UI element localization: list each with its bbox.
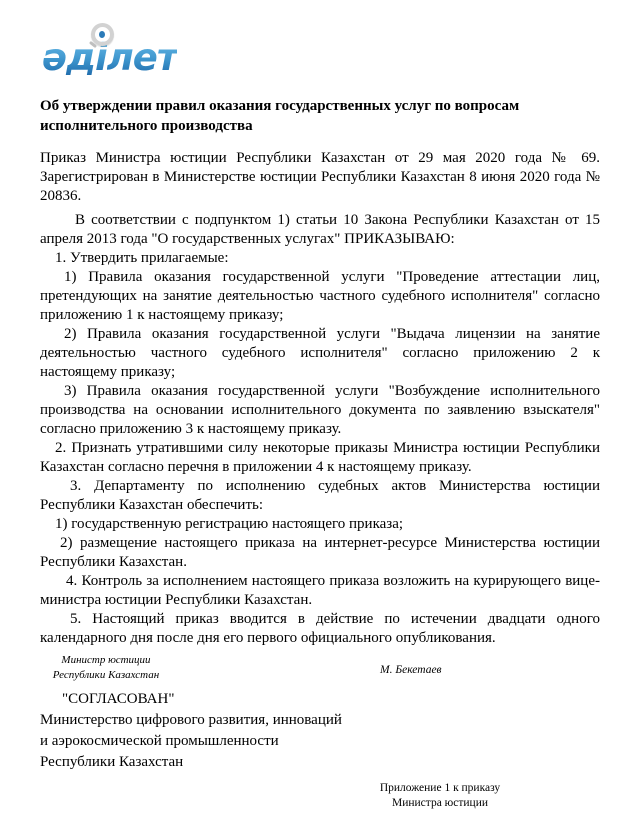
magnifier-icon (91, 23, 114, 46)
signature-block: Министр юстиции Республики Казахстан М. … (40, 653, 600, 687)
paragraph-point-5: 5. Настоящий приказ вводится в действие … (40, 610, 600, 648)
paragraph-preamble: В соответствии с подпунктом 1) статьи 10… (40, 211, 600, 249)
agreed-label: "СОГЛАСОВАН" (40, 689, 600, 710)
document-page: әділет Об утверждении правил оказания го… (0, 0, 640, 828)
paragraph-point-2: 2. Признать утратившими силу некоторые п… (40, 439, 600, 477)
paragraph-subpoint-3-1: 1) государственную регистрацию настоящег… (40, 515, 600, 534)
agreed-org-line3: Республики Казахстан (40, 752, 600, 773)
appendix-reference: Приложение 1 к приказу Министра юстиции (340, 781, 540, 811)
logo-text-pre: әд (42, 36, 95, 79)
signer-role-line2: Республики Казахстан (40, 668, 172, 683)
paragraph-subpoint-3-2: 2) размещение настоящего приказа на инте… (40, 534, 600, 572)
appendix-line1: Приложение 1 к приказу (340, 781, 540, 796)
document-title: Об утверждении правил оказания государст… (40, 96, 545, 136)
logo-text-post: лет (107, 36, 178, 79)
signer-role: Министр юстиции Республики Казахстан (40, 653, 172, 683)
agreed-org-line1: Министерство цифрового развития, инновац… (40, 710, 600, 731)
agreed-org-line2: и аэрокосмической промышленности (40, 731, 600, 752)
signer-role-line1: Министр юстиции (40, 653, 172, 668)
paragraph-subpoint-1-3: 3) Правила оказания государственной услу… (40, 382, 600, 439)
signer-name: М. Бекетаев (380, 661, 442, 680)
paragraph-subpoint-1-2: 2) Правила оказания государственной услу… (40, 325, 600, 382)
adilet-logo: әділет (42, 34, 600, 86)
paragraph-subpoint-1-1: 1) Правила оказания государственной услу… (40, 268, 600, 325)
logo-letter-i: і (95, 34, 107, 82)
paragraph-point-1: 1. Утвердить прилагаемые: (40, 249, 600, 268)
paragraph-point-3: 3. Департаменту по исполнению судебных а… (40, 477, 600, 515)
appendix-line2: Министра юстиции (340, 796, 540, 811)
order-meta: Приказ Министра юстиции Республики Казах… (40, 149, 600, 206)
paragraph-point-4: 4. Контроль за исполнением настоящего пр… (40, 572, 600, 610)
